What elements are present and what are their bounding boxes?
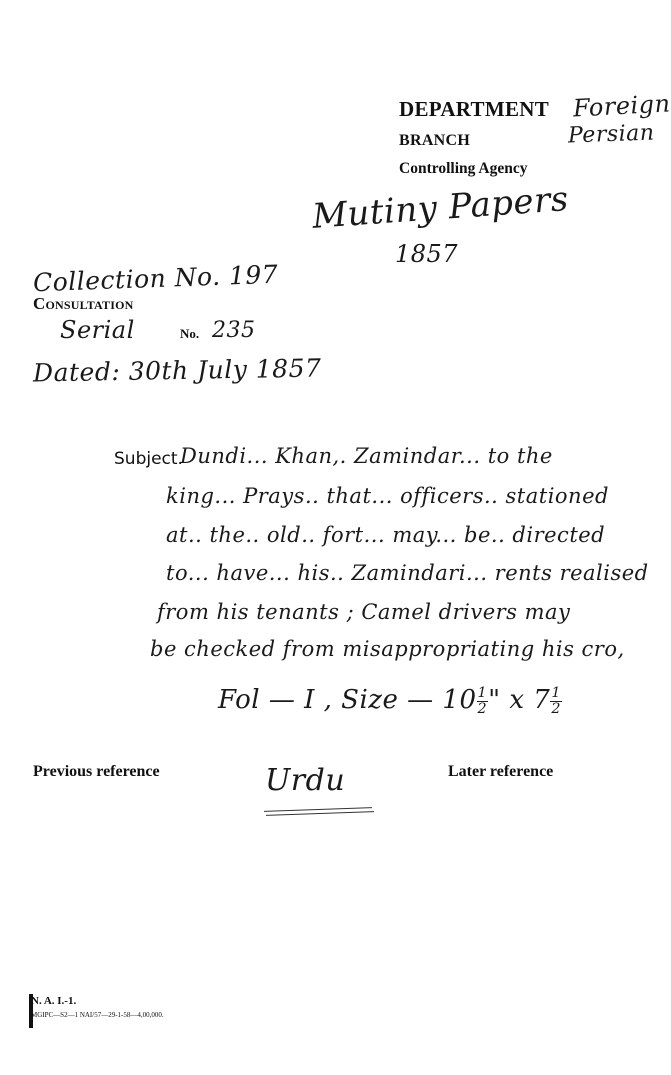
underline-stroke <box>266 811 374 816</box>
branch-label: BRANCH <box>399 132 470 150</box>
print-line: MGIPC—S2—1 NAI/57—29-1-58—4,00,000. <box>31 1011 164 1019</box>
controlling-agency-label: Controlling Agency <box>399 160 527 178</box>
collection-number: Collection No. 197 <box>33 260 279 298</box>
document-title: Mutiny Papers <box>311 179 570 237</box>
subject-label: Subject. <box>114 449 183 469</box>
subject-line: be checked from misappropriating his cro… <box>150 637 625 661</box>
size-separator: " x 7 <box>488 685 550 715</box>
department-label: DEPARTMENT <box>399 97 549 122</box>
fraction-half: 12 <box>477 686 489 716</box>
branch-value: Persian <box>568 120 655 148</box>
document-year: 1857 <box>395 240 458 268</box>
folio-size: Fol — I , Size — 1012" x 712 <box>218 685 562 716</box>
dated-value: Dated: 30th July 1857 <box>33 353 322 387</box>
fraction-half: 12 <box>550 686 562 716</box>
department-value: Foreign <box>572 89 671 122</box>
form-code: N. A. I.-1. <box>31 995 76 1007</box>
subject-line: from his tenants ; Camel drivers may <box>157 600 570 624</box>
language-value: Urdu <box>265 763 345 798</box>
previous-reference-label: Previous reference <box>33 763 160 781</box>
folio-text: Fol — I , Size — 10 <box>218 685 477 715</box>
later-reference-label: Later reference <box>448 763 553 781</box>
subject-line: at.. the.. old.. fort... may... be.. dir… <box>166 523 605 547</box>
subject-line: Dundi... Khan,. Zamindar... to the <box>180 444 553 468</box>
serial-no-label: No. <box>180 326 199 342</box>
serial-value: 235 <box>212 318 256 343</box>
serial-label: Serial <box>60 316 135 344</box>
subject-line: king... Prays.. that... officers.. stati… <box>166 484 609 508</box>
subject-line: to... have... his.. Zamindari... rents r… <box>166 561 649 585</box>
consultation-label: Consultation <box>33 294 133 314</box>
